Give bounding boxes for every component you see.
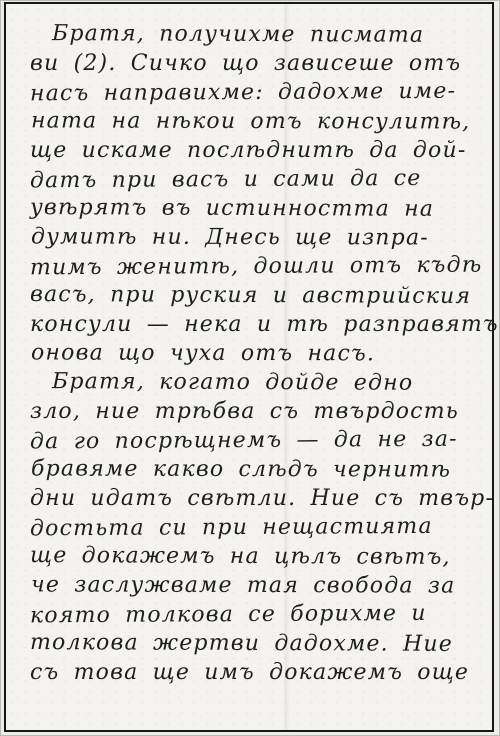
handwriting-line: ната на нѣкои отъ консулитѣ, xyxy=(31,106,475,136)
handwriting-line: която толкова се борихме и xyxy=(30,599,474,631)
handwritten-letter-text: Братя, получихме писмата ви (2). Сичко щ… xyxy=(6,4,492,730)
handwriting-line: онова що чуха отъ насъ. xyxy=(31,338,475,368)
handwriting-line: че заслужваме тая свобода за xyxy=(31,570,475,600)
handwriting-line: зло, ние трѣбва съ твърдость xyxy=(30,397,474,426)
handwriting-line: ще докажемъ на цѣлъ свѣтъ, xyxy=(30,541,474,572)
scanned-letter-page: Братя, получихме писмата ви (2). Сичко щ… xyxy=(0,0,500,736)
page-border-frame: Братя, получихме писмата ви (2). Сичко щ… xyxy=(4,2,494,732)
handwriting-line: тимъ женитѣ, дошли отъ къдѣ xyxy=(30,251,474,283)
handwriting-line: Братя, когато дойде едно xyxy=(30,367,474,398)
handwriting-line: толкова жертви дадохме. Ние xyxy=(30,628,474,659)
handwriting-line: Братя, получихме писмата xyxy=(30,19,474,50)
handwriting-line: да го посрѣщнемъ — да не за- xyxy=(30,425,474,457)
handwriting-line: думитѣ ни. Днесь ще изпра- xyxy=(31,222,475,252)
handwriting-line: бравяме какво слѣдъ чернитѣ xyxy=(31,454,475,484)
handwriting-line: съ това ще имъ докажемъ още xyxy=(30,658,474,687)
handwriting-line: достьта си при нещастията xyxy=(30,512,474,544)
handwriting-line: датъ при васъ и сами да се xyxy=(30,164,474,196)
handwriting-line: ще искаме послѣднитѣ да дой- xyxy=(30,136,474,165)
handwriting-line: насъ направихме: дадохме име- xyxy=(30,77,474,109)
handwriting-line: ви (2). Сичко що зависеше отъ xyxy=(30,49,474,78)
handwriting-line: увѣрятъ въ истинността на xyxy=(30,193,474,224)
handwriting-line: дни идатъ свѣтли. Ние съ твър- xyxy=(30,484,474,513)
handwriting-line: васъ, при руския и австрийския xyxy=(30,280,474,311)
handwriting-line: консули — нека и тѣ разправятъ xyxy=(30,310,474,339)
